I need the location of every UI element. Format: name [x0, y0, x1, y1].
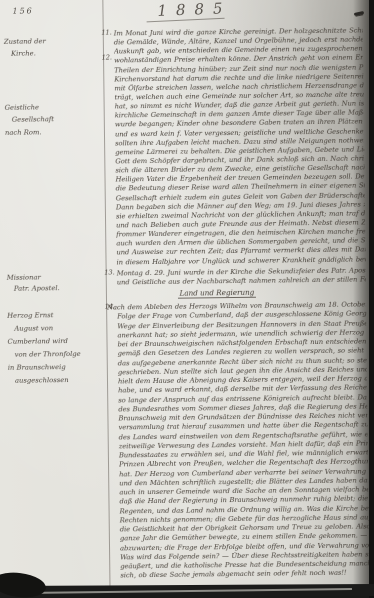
text-line: in Braunschweig [8, 361, 102, 375]
text-line: sich, ob diese Sache jemals abgemacht se… [120, 569, 369, 581]
text-line: Zustand der [4, 35, 98, 49]
text-line: Gesellschaft [5, 113, 99, 127]
margin-note-delegation-to-rome: GeistlicheGesellschaftnach Rom. [5, 101, 99, 139]
body-section-succession-report: Nach dem Ableben des Herzogs Wilhelm von… [117, 300, 369, 581]
margin-rule-line [102, 0, 110, 594]
bottom-scan-edge [0, 584, 374, 598]
section-heading-text: Land und Regierung [177, 288, 256, 299]
text-line: nach Rom. [5, 125, 99, 139]
entry-number-13: 13. [99, 268, 115, 276]
right-edge-shadow [353, 0, 369, 588]
text-line: von der Thronfolge [8, 348, 102, 362]
section-heading: Land und Regierung [117, 287, 317, 298]
handwritten-content: 156 1885 Zustand derKirche. GeistlicheGe… [0, 0, 374, 589]
text-line: Cumberland wird [7, 335, 101, 349]
text-line: und Geistliche aus der Nachbarschaft nah… [117, 276, 366, 288]
entry-number-11: 11. [96, 28, 112, 36]
scanned-manuscript-page: 156 1885 Zustand derKirche. GeistlicheGe… [0, 0, 374, 598]
margin-note-cumberland-exclusion: Herzog ErnstAugust vonCumberland wirdvon… [7, 309, 102, 388]
year-heading: 1885 [124, 0, 265, 21]
right-edge-strip [369, 0, 374, 598]
page-number: 156 [12, 6, 33, 15]
text-line: Patr. Apostel. [7, 282, 101, 294]
margin-note-state-of-church: Zustand derKirche. [4, 35, 98, 61]
bottom-edge-highlight [34, 588, 352, 594]
text-line: Kirche. [4, 47, 98, 61]
entry-number-12: 12. [96, 53, 112, 61]
text-line: August von [7, 322, 101, 336]
text-line: Geistliche [5, 101, 99, 115]
text-line: ausgeschlossen [8, 374, 102, 388]
text-line: Herzog Ernst [7, 309, 101, 323]
body-section-church-report: Im Monat Juni wird die ganze Kirche gere… [114, 26, 366, 267]
body-entry-june-29: Montag d. 29. Juni wurde in der Kirche d… [117, 266, 366, 287]
margin-note-missionary: MissionarPatr. Apostel. [7, 272, 101, 294]
